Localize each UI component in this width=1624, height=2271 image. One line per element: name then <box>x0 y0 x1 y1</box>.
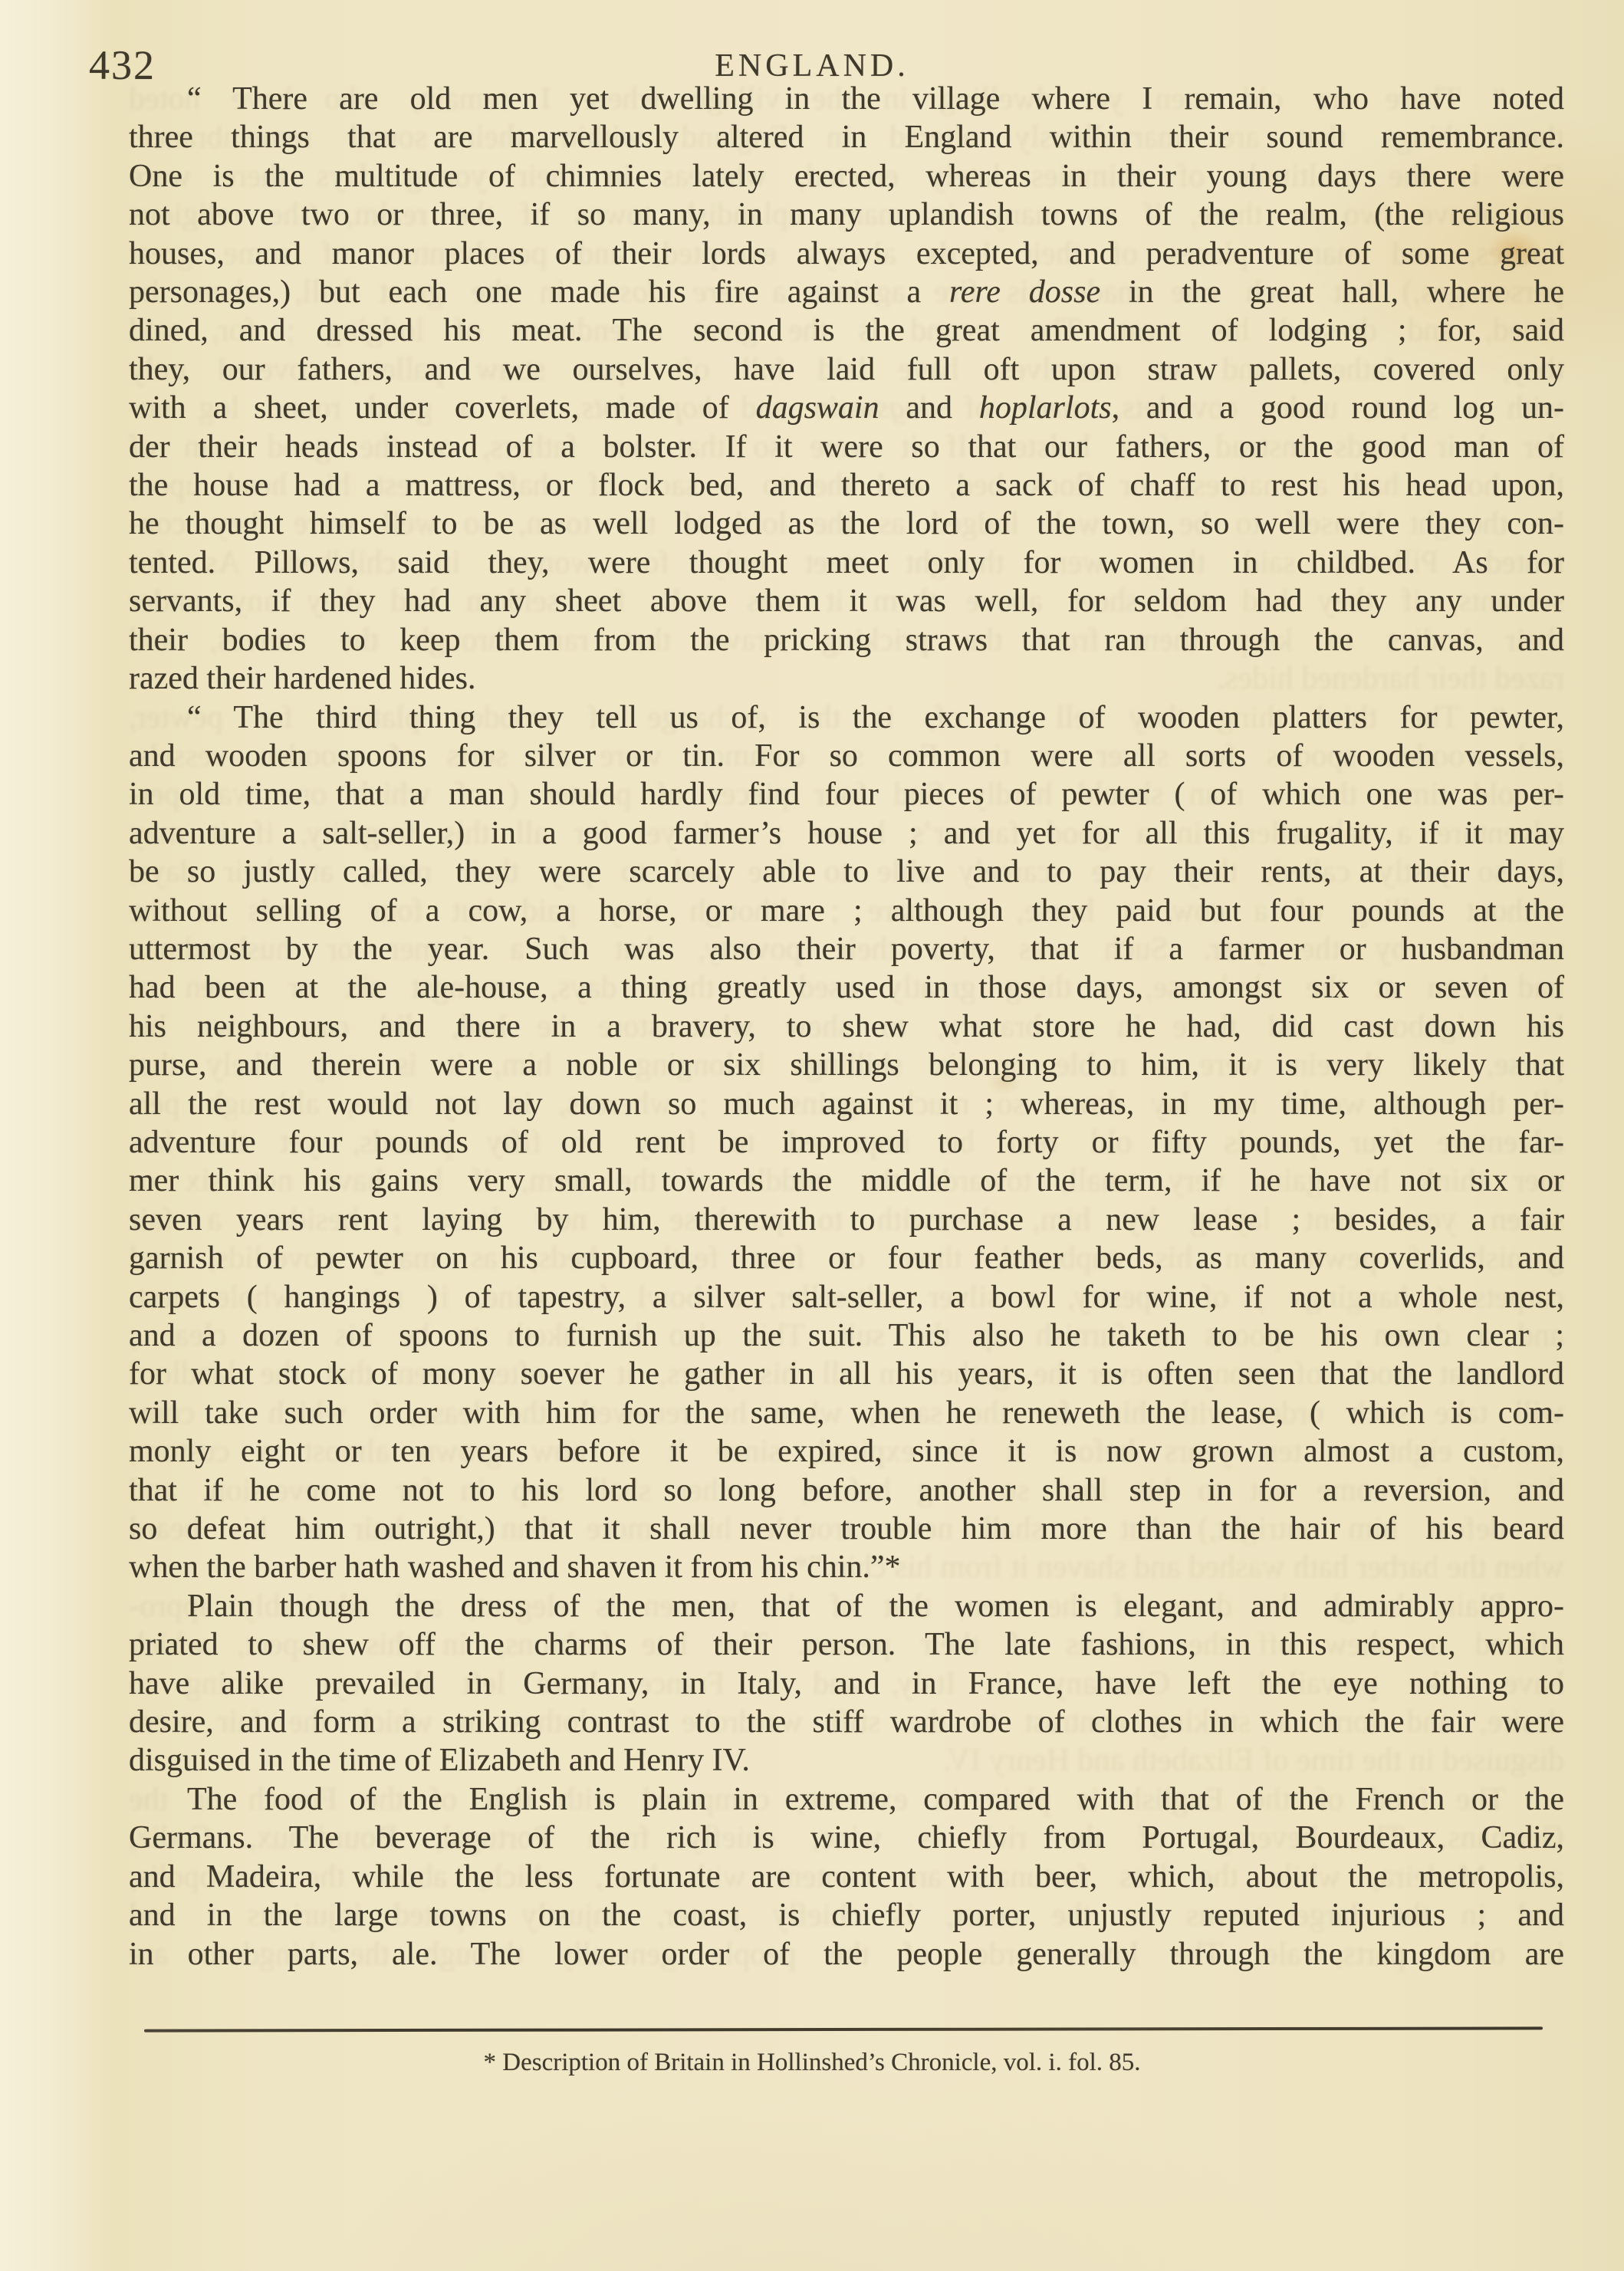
text-line: and wooden spoons for silver or tin. For… <box>129 737 1564 775</box>
text-line: in old time, that a man should hardly fi… <box>129 775 1564 813</box>
text-line: have alike prevailed in Germany, in Ital… <box>129 1665 1564 1703</box>
text-line: when the barber hath washed and shaven i… <box>129 1548 1564 1586</box>
text-line: and a dozen of spoons to furnish up the … <box>129 1316 1564 1355</box>
text-line: for what stock of mony soever he gather … <box>129 1355 1564 1393</box>
text-line: uttermost by the year. Such was also the… <box>129 930 1564 968</box>
text-line: his neighbours, and there in a bravery, … <box>129 1007 1564 1046</box>
text-line: “ The third thing they tell us of, is th… <box>129 698 1564 737</box>
text-line: carpets ( hangings ) of tapestry, a silv… <box>129 1278 1564 1316</box>
text-line: monly eight or ten years before it be ex… <box>129 1432 1564 1471</box>
text-line: with a sheet, under coverlets, made of d… <box>129 389 1564 427</box>
text-line: dined, and dressed his meat. The second … <box>129 311 1564 350</box>
text-line: priated to shew off the charms of their … <box>129 1625 1564 1664</box>
body-text: “ There are old men yet dwelling in the … <box>129 80 1564 1974</box>
text-line: and Madeira, while the less fortunate ar… <box>129 1858 1564 1896</box>
text-line: that if he come not to his lord so long … <box>129 1471 1564 1510</box>
text-line: Germans. The beverage of the rich is win… <box>129 1819 1564 1857</box>
paragraph: “ There are old men yet dwelling in the … <box>129 80 1564 698</box>
text-line: will take such order with him for the sa… <box>129 1394 1564 1432</box>
text-line: disguised in the time of Elizabeth and H… <box>129 1741 1564 1780</box>
text-line: three things that are marvellously alter… <box>129 118 1564 156</box>
text-line: all the rest would not lay down so much … <box>129 1085 1564 1123</box>
book-page-scan: 432 ENGLAND. “ There are old men yet dwe… <box>0 0 1624 2271</box>
text-line: be so justly called, they were scarcely … <box>129 853 1564 891</box>
text-line: mer think his gains very small, towards … <box>129 1162 1564 1200</box>
footnote-rule <box>144 2026 1543 2032</box>
text-line: adventure a salt-seller,) in a good farm… <box>129 814 1564 853</box>
text-line: had been at the ale-house, a thing great… <box>129 968 1564 1007</box>
text-line: razed their hardened hides. <box>129 659 1564 698</box>
text-line: in other parts, ale. The lower order of … <box>129 1935 1564 1974</box>
text-line: Plain though the dress of the men, that … <box>129 1587 1564 1625</box>
text-line: without selling of a cow, a horse, or ma… <box>129 892 1564 930</box>
text-line: desire, and form a striking contrast to … <box>129 1703 1564 1741</box>
text-line: der their heads instead of a bolster. If… <box>129 428 1564 466</box>
text-line: their bodies to keep them from the prick… <box>129 621 1564 659</box>
text-line: “ There are old men yet dwelling in the … <box>129 80 1564 118</box>
text-line: he thought himself to be as well lodged … <box>129 504 1564 543</box>
text-line: tented. Pillows, said they, were thought… <box>129 544 1564 582</box>
text-line: personages,) but each one made his fire … <box>129 273 1564 311</box>
text-line: One is the multitude of chimnies lately … <box>129 157 1564 196</box>
text-line: they, our fathers, and we ourselves, hav… <box>129 350 1564 389</box>
paragraph: The food of the English is plain in extr… <box>129 1780 1564 1974</box>
running-title: ENGLAND. <box>0 48 1624 84</box>
text-line: seven years rent laying by him, therewit… <box>129 1201 1564 1239</box>
paragraph: “ The third thing they tell us of, is th… <box>129 698 1564 1587</box>
text-line: houses, and manor places of their lords … <box>129 235 1564 273</box>
text-line: garnish of pewter on his cupboard, three… <box>129 1239 1564 1277</box>
text-line: the house had a mattress, or flock bed, … <box>129 466 1564 504</box>
text-line: The food of the English is plain in extr… <box>129 1780 1564 1819</box>
paragraph: Plain though the dress of the men, that … <box>129 1587 1564 1780</box>
text-line: not above two or three, if so many, in m… <box>129 196 1564 234</box>
text-line: so defeat him outright,) that it shall n… <box>129 1510 1564 1548</box>
text-line: servants, if they had any sheet above th… <box>129 582 1564 620</box>
footnote-text: * Description of Britain in Hollinshed’s… <box>0 2049 1624 2077</box>
text-line: purse, and therein were a noble or six s… <box>129 1046 1564 1084</box>
text-line: and in the large towns on the coast, is … <box>129 1896 1564 1934</box>
text-line: adventure four pounds of old rent be imp… <box>129 1123 1564 1162</box>
